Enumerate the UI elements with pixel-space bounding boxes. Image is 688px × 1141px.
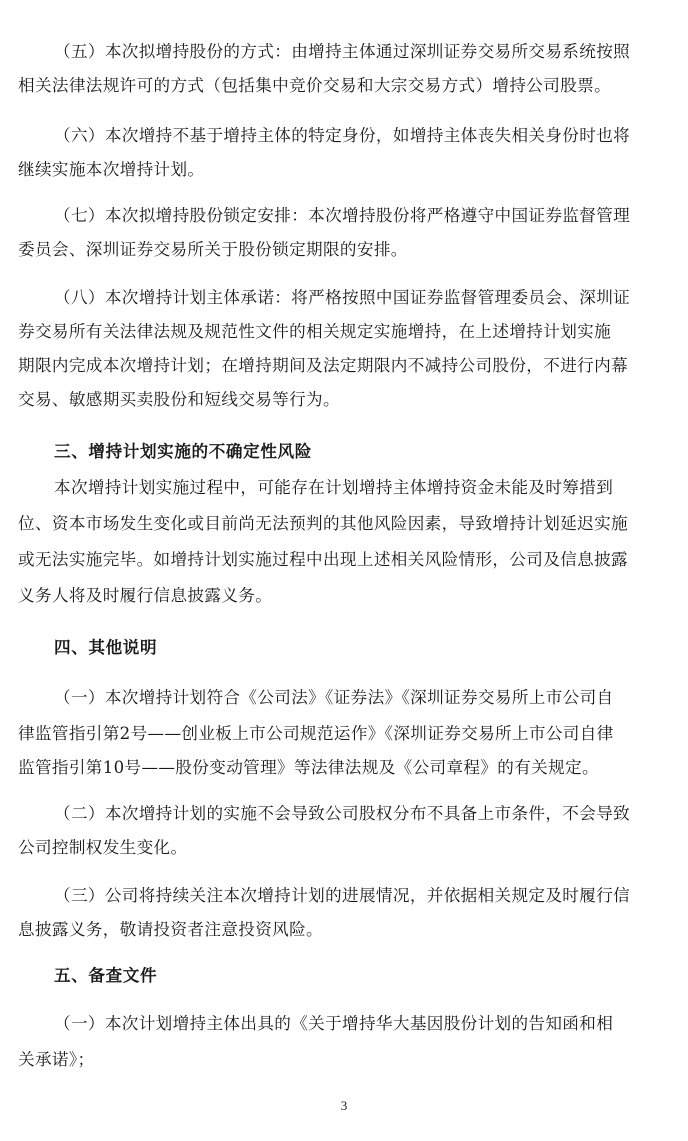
paragraph-item-6-line-1: （六）本次增持不基于增持主体的特定身份，如增持主体丧失相关身份时也将 [54, 125, 658, 147]
paragraph-item-7-line-1: （七）本次拟增持股份锁定安排：本次增持股份将严格遵守中国证券监督管理 [54, 205, 658, 227]
paragraph-risk-line-3: 或无法实施完毕。如增持计划实施过程中出现上述相关风险情形，公司及信息披露 [18, 549, 658, 571]
paragraph-other-3-line-2: 息披露义务，敬请投资者注意投资风险。 [18, 919, 658, 941]
paragraph-risk-line-2: 位、资本市场发生变化或目前尚无法预判的其他风险因素，导致增持计划延迟实施 [18, 513, 658, 535]
section-heading-3: 三、增持计划实施的不确定性风险 [54, 441, 658, 463]
paragraph-item-8-line-1: （八）本次增持计划主体承诺：将严格按照中国证券监督管理委员会、深圳证 [54, 287, 658, 309]
paragraph-risk-line-4: 义务人将及时履行信息披露义务。 [18, 585, 658, 607]
paragraph-other-3-line-1: （三）公司将持续关注本次增持计划的进展情况，并依据相关规定及时履行信 [54, 885, 658, 907]
paragraph-other-1-line-2: 律监管指引第2号——创业板上市公司规范运作》《深圳证券交易所上市公司自律 [18, 723, 658, 745]
section-heading-4: 四、其他说明 [54, 637, 658, 659]
paragraph-other-2-line-1: （二）本次增持计划的实施不会导致公司股权分布不具备上市条件，不会导致 [54, 803, 658, 825]
paragraph-item-7-line-2: 委员会、深圳证券交易所关于股份锁定期限的安排。 [18, 239, 658, 261]
paragraph-ref-1-line-1: （一）本次计划增持主体出具的《关于增持华大基因股份计划的告知函和相 [54, 1013, 658, 1035]
paragraph-item-8-line-3: 期限内完成本次增持计划；在增持期间及法定期限内不减持公司股份，不进行内幕 [18, 355, 658, 377]
paragraph-item-6-line-2: 继续实施本次增持计划。 [18, 159, 658, 181]
paragraph-other-1-line-3: 监管指引第10号——股份变动管理》等法律法规及《公司章程》的有关规定。 [18, 757, 658, 779]
paragraph-other-2-line-2: 公司控制权发生变化。 [18, 837, 658, 859]
paragraph-item-5-line-1: （五）本次拟增持股份的方式：由增持主体通过深圳证券交易所交易系统按照 [54, 41, 658, 63]
paragraph-risk-line-1: 本次增持计划实施过程中，可能存在计划增持主体增持资金未能及时筹措到 [54, 477, 658, 499]
page-number: 3 [0, 1098, 688, 1114]
paragraph-item-5-line-2: 相关法律法规许可的方式（包括集中竞价交易和大宗交易方式）增持公司股票。 [18, 75, 658, 97]
paragraph-item-8-line-4: 交易、敏感期买卖股份和短线交易等行为。 [18, 389, 658, 411]
paragraph-item-8-line-2: 券交易所有关法律法规及规范性文件的相关规定实施增持，在上述增持计划实施 [18, 321, 658, 343]
paragraph-ref-1-line-2: 关承诺》； [18, 1049, 658, 1071]
section-heading-5: 五、备查文件 [54, 965, 658, 987]
paragraph-other-1-line-1: （一）本次增持计划符合《公司法》《证券法》《深圳证券交易所上市公司自 [54, 687, 658, 709]
